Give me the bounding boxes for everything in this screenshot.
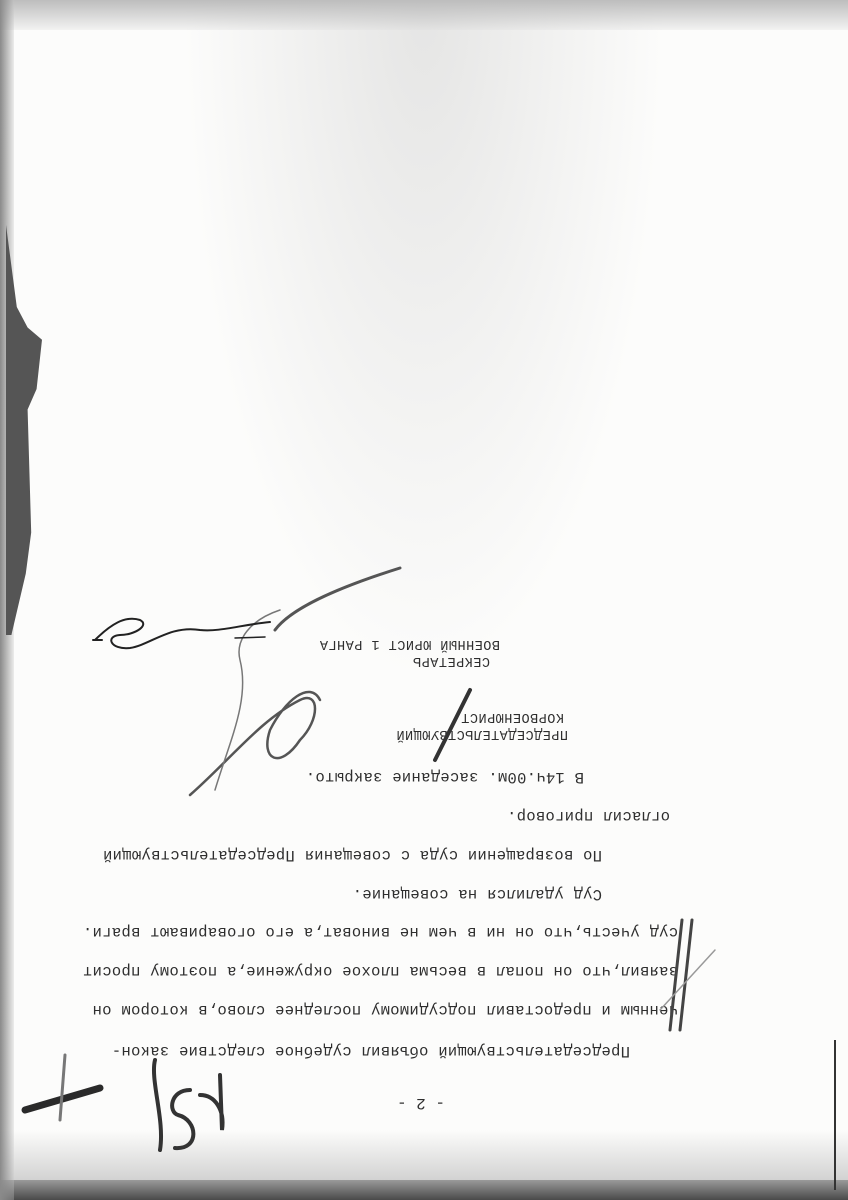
sheet-number-handwritten (154, 1060, 223, 1150)
chairman-signature (190, 610, 470, 795)
x-mark-handwritten (25, 1055, 100, 1120)
margin-mark-handwritten (660, 920, 715, 1030)
secretary-signature (93, 568, 400, 648)
handwritten-marks (0, 0, 848, 1200)
